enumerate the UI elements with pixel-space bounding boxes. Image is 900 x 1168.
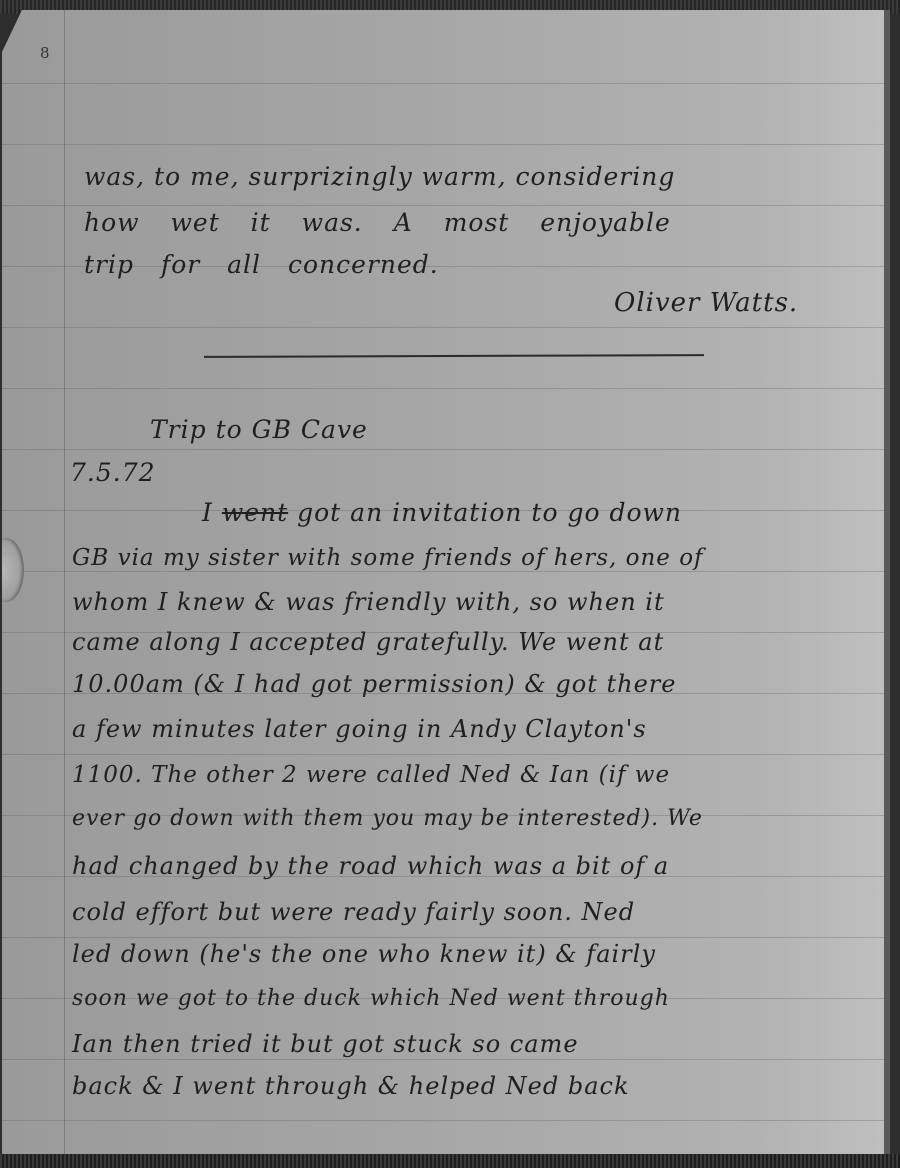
margin-line xyxy=(64,10,65,1158)
page-number: 8 xyxy=(40,44,50,62)
text-line: GB via my sister with some friends of he… xyxy=(72,545,704,571)
text-line: whom I knew & was friendly with, so when… xyxy=(72,588,665,616)
text-line: led down (he's the one who knew it) & fa… xyxy=(72,940,656,968)
text-line: came along I accepted gratefully. We wen… xyxy=(72,628,664,656)
text-line: I went got an invitation to go down xyxy=(202,498,682,527)
text-line: Ian then tried it but got stuck so came xyxy=(72,1030,579,1058)
text-line: how wet it was. A most enjoyable xyxy=(84,208,671,237)
text-line: trip for all concerned. xyxy=(84,250,439,279)
text-line: 10.00am (& I had got permission) & got t… xyxy=(72,670,676,698)
page-binding-edge xyxy=(884,10,890,1158)
signature: Oliver Watts. xyxy=(614,288,798,318)
text-line: a few minutes later going in Andy Clayto… xyxy=(72,715,647,743)
text-line: back & I went through & helped Ned back xyxy=(72,1072,630,1100)
text-line: 1100. The other 2 were called Ned & Ian … xyxy=(72,762,670,788)
entry-date: 7.5.72 xyxy=(70,458,156,487)
text-line: ever go down with them you may be intere… xyxy=(72,806,703,831)
text-line: cold effort but were ready fairly soon. … xyxy=(72,898,635,926)
text-line: soon we got to the duck which Ned went t… xyxy=(72,986,670,1011)
text-line: had changed by the road which was a bit … xyxy=(72,852,669,880)
text-line: was, to me, surprizingly warm, consideri… xyxy=(84,162,675,191)
text-fragment: got an invitation to go down xyxy=(288,498,682,527)
notebook-bottom-edge xyxy=(0,1154,900,1168)
text-fragment: I xyxy=(202,498,222,527)
notebook-page: 8 was, to me, surprizingly warm, conside… xyxy=(2,10,890,1158)
struck-word: went xyxy=(222,498,288,527)
entry-title: Trip to GB Cave xyxy=(150,415,368,444)
